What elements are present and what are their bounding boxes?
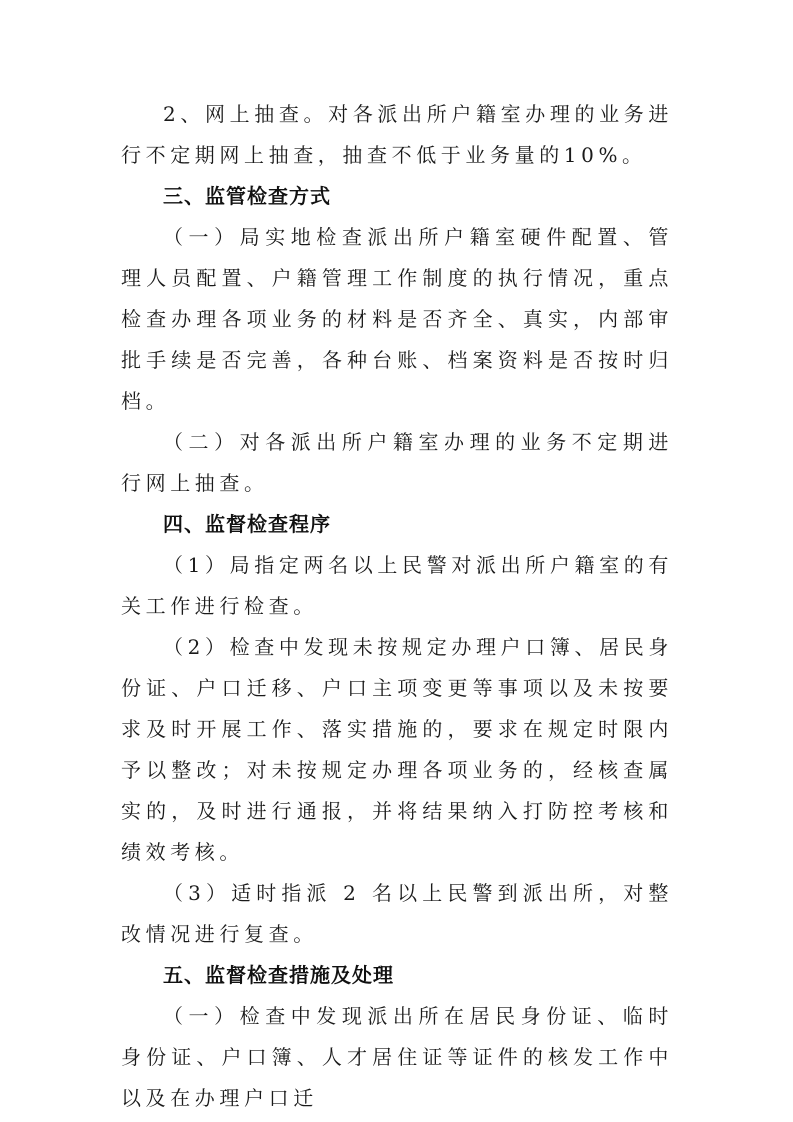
heading-supervision-method: 三、监管检查方式 — [121, 176, 673, 217]
heading-inspection-procedure: 四、监督检查程序 — [121, 504, 673, 545]
paragraph-online-irregular-check: （二）对各派出所户籍室办理的业务不定期进行网上抽查。 — [121, 422, 673, 504]
paragraph-procedure-2: （2）检查中发现未按规定办理户口簿、居民身份证、户口迁移、户口主项变更等事项以及… — [121, 627, 673, 873]
paragraph-procedure-3: （3）适时指派 2 名以上民警到派出所，对整改情况进行复查。 — [121, 873, 673, 955]
paragraph-onsite-inspection: （一）局实地检查派出所户籍室硬件配置、管理人员配置、户籍管理工作制度的执行情况，… — [121, 217, 673, 422]
heading-measures-handling: 五、监督检查措施及处理 — [121, 955, 673, 996]
paragraph-procedure-1: （1）局指定两名以上民警对派出所户籍室的有关工作进行检查。 — [121, 545, 673, 627]
paragraph-online-spot-check: 2、网上抽查。对各派出所户籍室办理的业务进行不定期网上抽查，抽查不低于业务量的1… — [121, 94, 673, 176]
paragraph-measures-1: （一）检查中发现派出所在居民身份证、临时身份证、户口簿、人才居住证等证件的核发工… — [121, 996, 673, 1119]
document-page: 2、网上抽查。对各派出所户籍室办理的业务进行不定期网上抽查，抽查不低于业务量的1… — [121, 94, 673, 1119]
